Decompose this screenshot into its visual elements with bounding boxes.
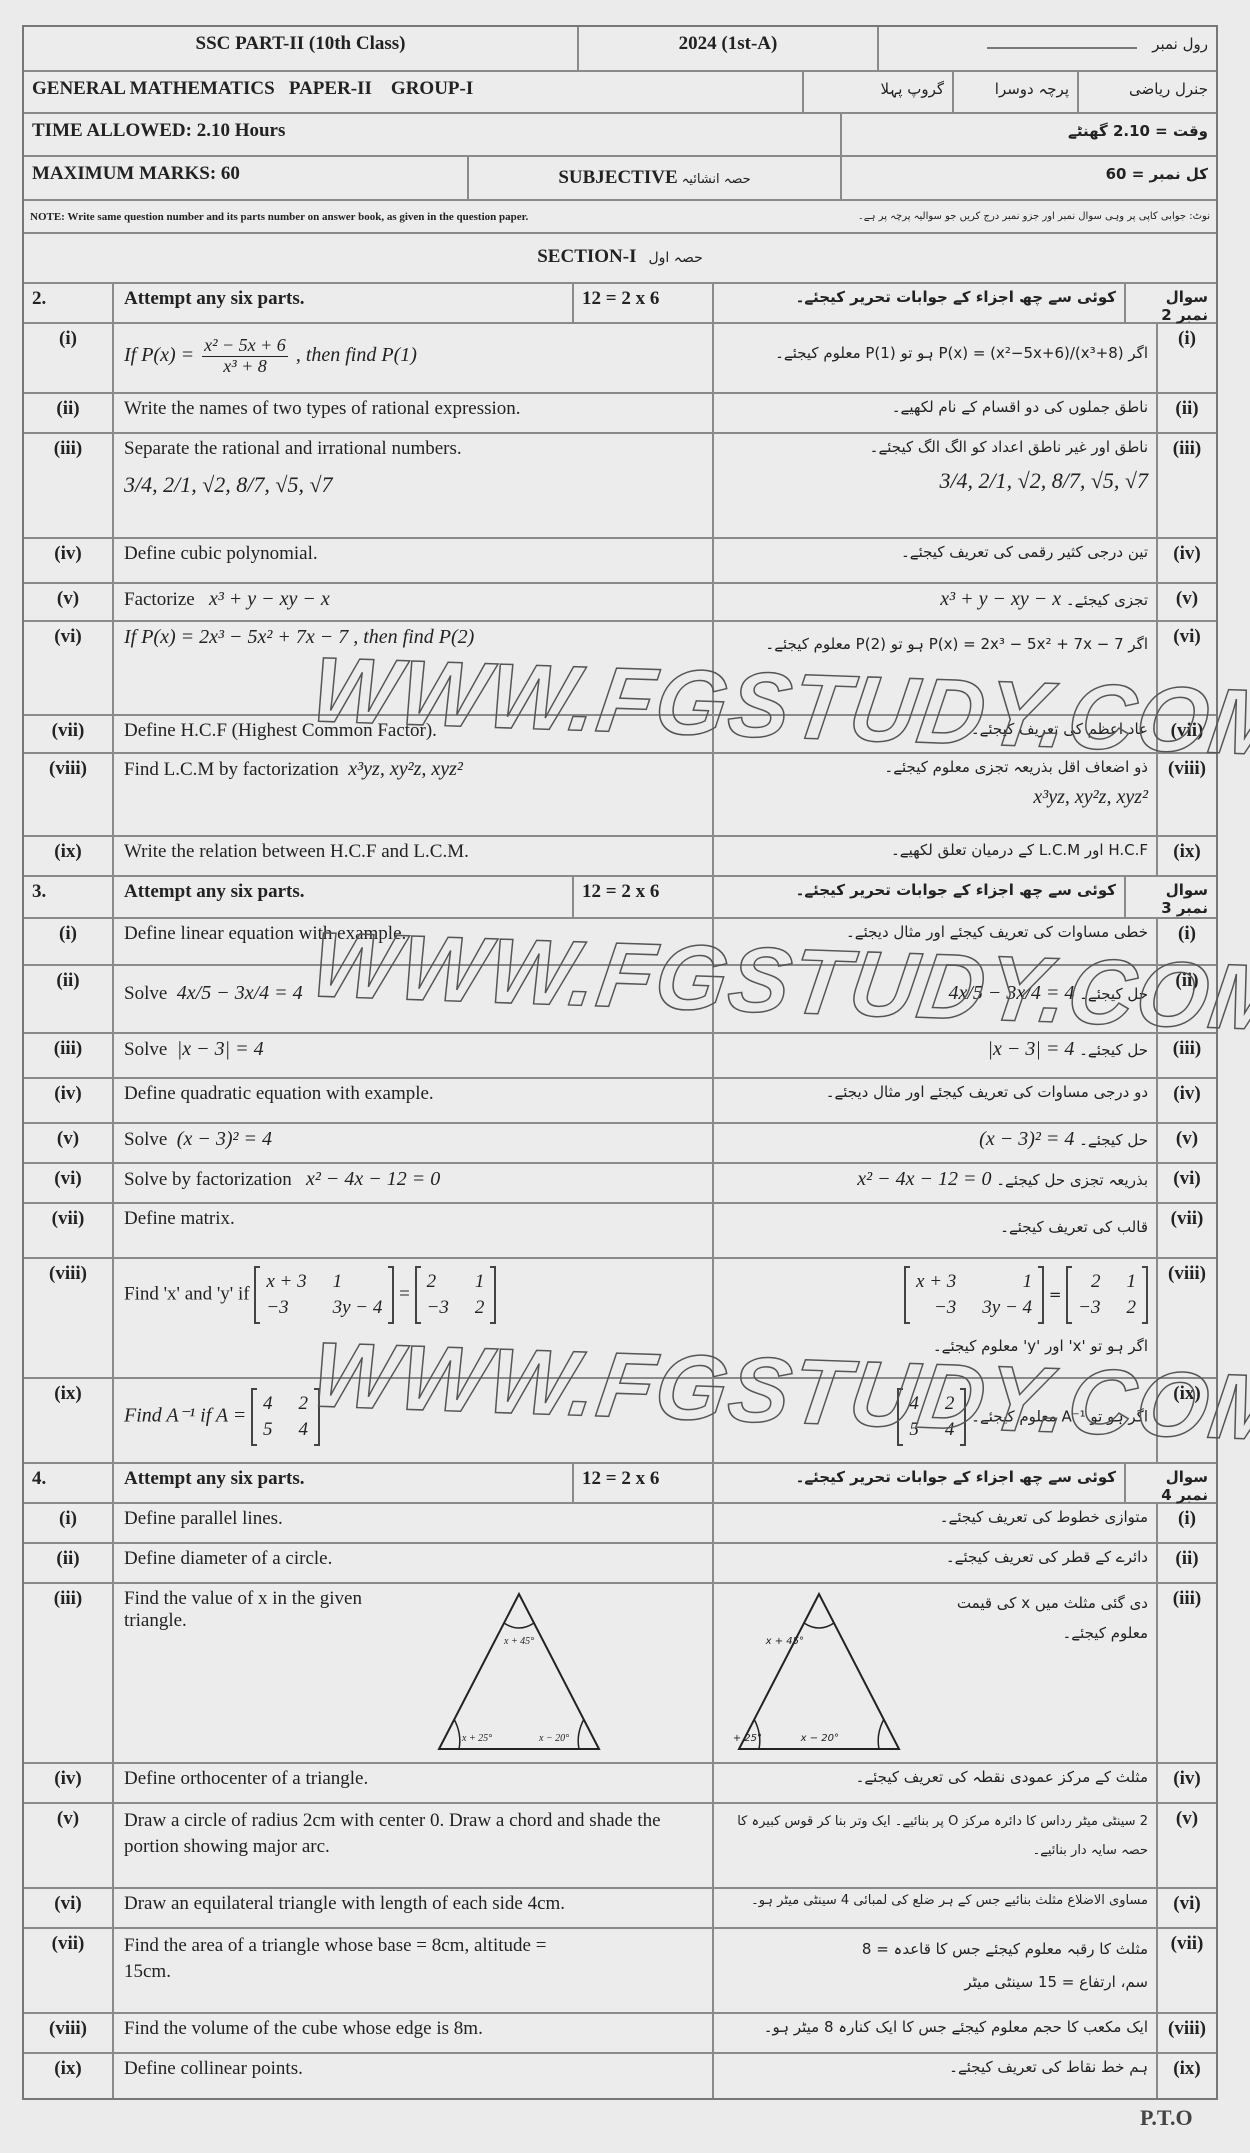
section-row: SECTION-I حصہ اول bbox=[24, 234, 1216, 284]
triangle-figure-ur: x + 45° x + 25° x − 20° bbox=[734, 1589, 904, 1759]
exam-paper: SSC PART-II (10th Class) 2024 (1st-A) رو… bbox=[22, 25, 1218, 2100]
header-row-time: TIME ALLOWED: 2.10 Hours وقت = 2.10 گھنٹ… bbox=[24, 114, 1216, 157]
time-allowed: TIME ALLOWED: 2.10 Hours bbox=[24, 114, 842, 155]
section-title: SECTION-I bbox=[537, 246, 636, 267]
matrix-a: x + 31 −33y − 4 bbox=[254, 1267, 394, 1323]
q4-part-iv: (iv) Define orthocenter of a triangle. م… bbox=[24, 1764, 1216, 1804]
max-marks: MAXIMUM MARKS: 60 bbox=[24, 157, 469, 199]
triangle-figure: x + 45° x + 25° x − 20° bbox=[434, 1589, 604, 1759]
q3-part-ii: (ii) Solve 4x/5 − 3x/4 = 4 حل کیجئے۔ 4x/… bbox=[24, 966, 1216, 1034]
q2-part-vi: (vi) If P(x) = 2x³ − 5x² + 7x − 7 , then… bbox=[24, 622, 1216, 716]
subject-ur: جنرل ریاضی bbox=[1079, 72, 1216, 112]
group-ur: گروپ پہلا bbox=[804, 72, 954, 112]
question-3-header: 3. Attempt any six parts. 12 = 2 x 6 کوئ… bbox=[24, 877, 1216, 919]
marks-ur: کل نمبر = 60 bbox=[842, 157, 1216, 199]
svg-text:x − 20°: x − 20° bbox=[538, 1733, 569, 1744]
class-title: SSC PART-II (10th Class) bbox=[24, 27, 579, 70]
subject-title: GENERAL MATHEMATICS PAPER-II GROUP-I bbox=[24, 72, 804, 112]
q4-part-vi: (vi) Draw an equilateral triangle with l… bbox=[24, 1889, 1216, 1929]
matrix-b-ur: 21 −32 bbox=[1066, 1267, 1148, 1323]
svg-text:x + 25°: x + 25° bbox=[461, 1733, 492, 1744]
q3-part-vi: (vi) Solve by factorization x² − 4x − 12… bbox=[24, 1164, 1216, 1204]
q4-part-i: (i) Define parallel lines. متوازی خطوط ک… bbox=[24, 1504, 1216, 1544]
note-ur: نوٹ: جوابی کاپی پر وہی سوال نمبر اور جزو… bbox=[858, 211, 1210, 222]
svg-text:x + 45°: x + 45° bbox=[765, 1636, 804, 1647]
matrix-a-ur: x + 31 −33y − 4 bbox=[904, 1267, 1044, 1323]
q2-part-iii: (iii) Separate the rational and irration… bbox=[24, 434, 1216, 539]
note-text: NOTE: Write same question number and its… bbox=[30, 211, 528, 223]
q3-part-i: (i) Define linear equation with example.… bbox=[24, 919, 1216, 966]
q3-part-iv: (iv) Define quadratic equation with exam… bbox=[24, 1079, 1216, 1124]
q2-part-iv: (iv) Define cubic polynomial. تین درجی ک… bbox=[24, 539, 1216, 584]
q2-part-ii: (ii) Write the names of two types of rat… bbox=[24, 394, 1216, 434]
q3-part-viii: (viii) Find 'x' and 'y' if x + 31 −33y −… bbox=[24, 1259, 1216, 1379]
q3-part-vii: (vii) Define matrix. قالب کی تعریف کیجئے… bbox=[24, 1204, 1216, 1259]
q4-part-ii: (ii) Define diameter of a circle. دائرے … bbox=[24, 1544, 1216, 1584]
roll-number-label: رول نمبر bbox=[879, 27, 1216, 70]
q3-part-ix: (ix) Find A⁻¹ if A = 42 54 اگر ہو تو A⁻¹… bbox=[24, 1379, 1216, 1464]
q2-part-vii: (vii) Define H.C.F (Highest Common Facto… bbox=[24, 716, 1216, 754]
header-row-marks: MAXIMUM MARKS: 60 SUBJECTIVE حصہ انشائیہ… bbox=[24, 157, 1216, 201]
roll-number-field[interactable] bbox=[987, 35, 1137, 49]
matrix-a-inverse: 42 54 bbox=[251, 1389, 320, 1445]
paper-type: SUBJECTIVE حصہ انشائیہ bbox=[469, 157, 842, 199]
header-row-class: SSC PART-II (10th Class) 2024 (1st-A) رو… bbox=[24, 27, 1216, 72]
q3-part-iii: (iii) Solve |x − 3| = 4 حل کیجئے۔ |x − 3… bbox=[24, 1034, 1216, 1079]
page-turn-over: P.T.O bbox=[1140, 2105, 1193, 2131]
q2-part-v: (v) Factorize x³ + y − xy − x تجزی کیجئے… bbox=[24, 584, 1216, 622]
matrix-a-inverse-ur: 42 54 bbox=[897, 1389, 966, 1445]
paper-ur: پرچہ دوسرا bbox=[954, 72, 1079, 112]
svg-text:x − 20°: x − 20° bbox=[800, 1733, 839, 1744]
q2-part-ix: (ix) Write the relation between H.C.F an… bbox=[24, 837, 1216, 877]
q4-part-ix: (ix) Define collinear points. ہم خط نقاط… bbox=[24, 2054, 1216, 2098]
question-4-header: 4. Attempt any six parts. 12 = 2 x 6 کوئ… bbox=[24, 1464, 1216, 1504]
note-row: NOTE: Write same question number and its… bbox=[24, 201, 1216, 234]
time-ur: وقت = 2.10 گھنٹے bbox=[842, 114, 1216, 155]
q4-part-viii: (viii) Find the volume of the cube whose… bbox=[24, 2014, 1216, 2054]
matrix-b: 21 −32 bbox=[415, 1267, 497, 1323]
exam-year: 2024 (1st-A) bbox=[579, 27, 879, 70]
q2-part-i: (i) If P(x) = x² − 5x + 6x³ + 8 , then f… bbox=[24, 324, 1216, 394]
header-row-subject: GENERAL MATHEMATICS PAPER-II GROUP-I گرو… bbox=[24, 72, 1216, 114]
q4-part-vii: (vii) Find the area of a triangle whose … bbox=[24, 1929, 1216, 2014]
q3-part-v: (v) Solve (x − 3)² = 4 حل کیجئے۔ (x − 3)… bbox=[24, 1124, 1216, 1164]
question-2-header: 2. Attempt any six parts. 12 = 2 x 6 کوئ… bbox=[24, 284, 1216, 324]
q4-part-iii: (iii) Find the value of x in the given t… bbox=[24, 1584, 1216, 1764]
q2-part-viii: (viii) Find L.C.M by factorization x³yz,… bbox=[24, 754, 1216, 837]
svg-text:x + 25°: x + 25° bbox=[734, 1733, 762, 1744]
q4-part-v: (v) Draw a circle of radius 2cm with cen… bbox=[24, 1804, 1216, 1889]
svg-text:x + 45°: x + 45° bbox=[503, 1636, 534, 1647]
section-ur: حصہ اول bbox=[648, 250, 702, 266]
